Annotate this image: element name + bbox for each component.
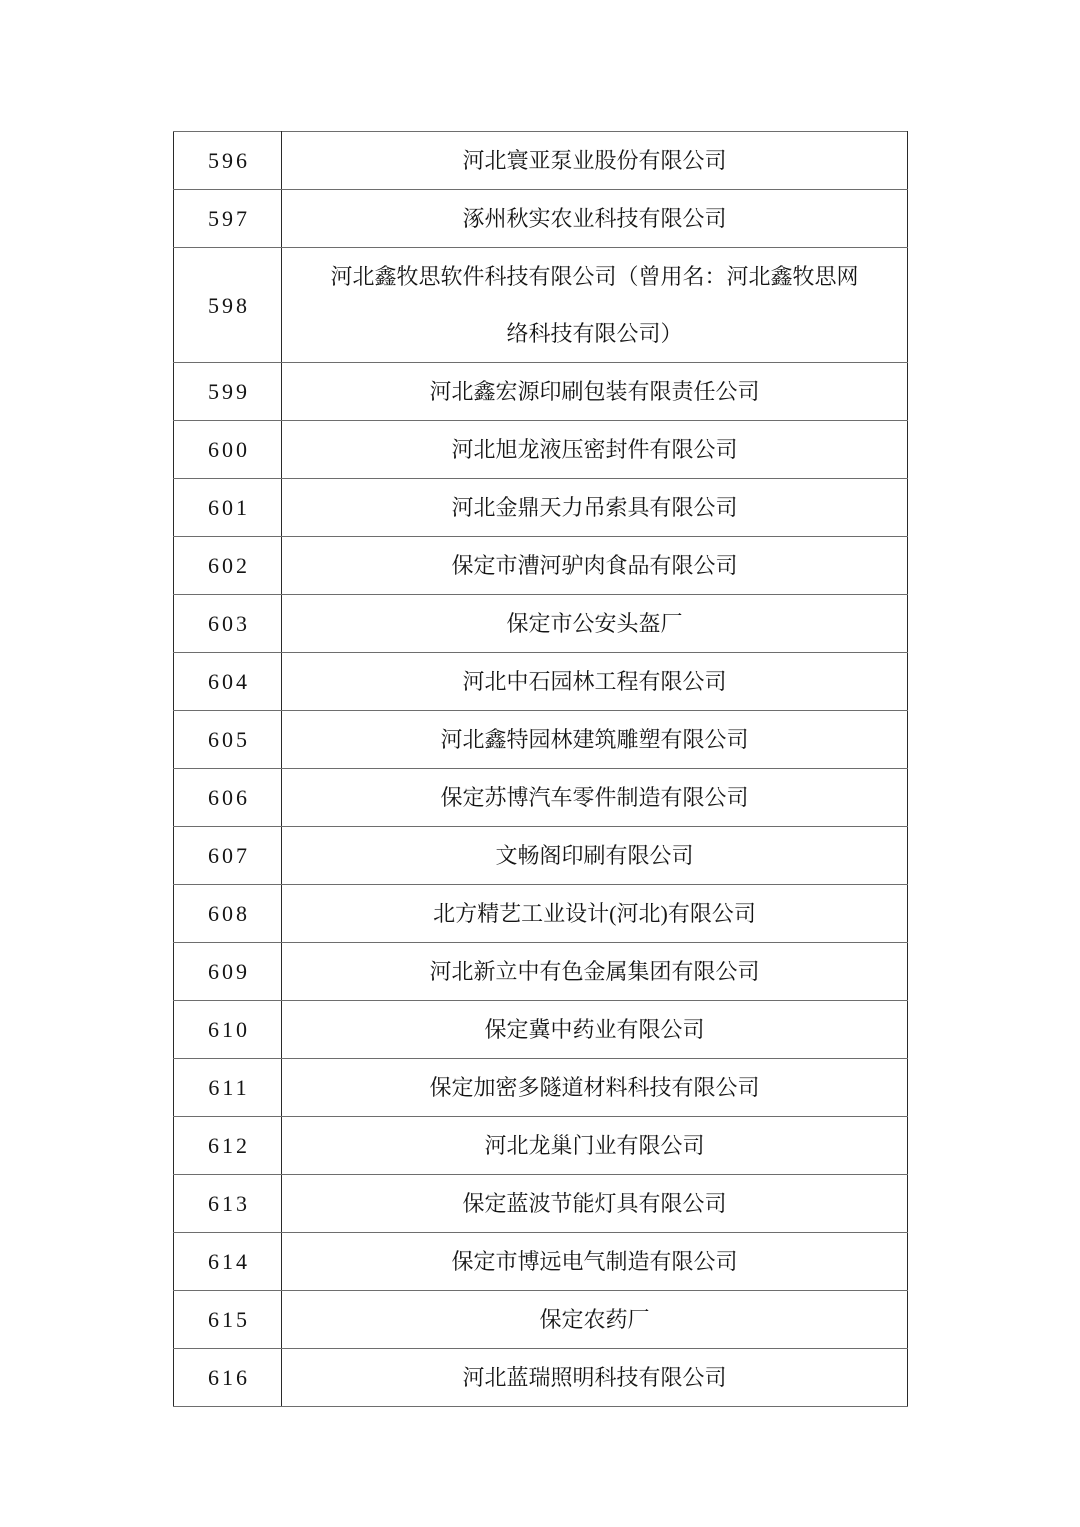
company-name-cell: 保定加密多隧道材料科技有限公司	[282, 1059, 908, 1117]
table-row: 607 文畅阁印刷有限公司	[174, 827, 908, 885]
table-row: 604 河北中石园林工程有限公司	[174, 653, 908, 711]
row-number-cell: 597	[174, 190, 282, 248]
table-row: 611 保定加密多隧道材料科技有限公司	[174, 1059, 908, 1117]
table-row: 603 保定市公安头盔厂	[174, 595, 908, 653]
company-name-cell: 河北龙巢门业有限公司	[282, 1117, 908, 1175]
row-number-cell: 603	[174, 595, 282, 653]
row-number-cell: 604	[174, 653, 282, 711]
table-row: 606 保定苏博汽车零件制造有限公司	[174, 769, 908, 827]
row-number-cell: 596	[174, 132, 282, 190]
company-table-body: 596 河北寰亚泵业股份有限公司 597 涿州秋实农业科技有限公司 598 河北…	[174, 132, 908, 1407]
company-name-cell: 河北金鼎天力吊索具有限公司	[282, 479, 908, 537]
document-page: 596 河北寰亚泵业股份有限公司 597 涿州秋实农业科技有限公司 598 河北…	[0, 0, 1080, 1527]
company-name-cell: 保定市漕河驴肉食品有限公司	[282, 537, 908, 595]
table-row: 614 保定市博远电气制造有限公司	[174, 1233, 908, 1291]
company-name-cell: 河北旭龙液压密封件有限公司	[282, 421, 908, 479]
table-row: 598 河北鑫牧思软件科技有限公司（曾用名：河北鑫牧思网 络科技有限公司）	[174, 248, 908, 363]
company-name-cell: 河北鑫牧思软件科技有限公司（曾用名：河北鑫牧思网 络科技有限公司）	[282, 248, 908, 363]
row-number-cell: 609	[174, 943, 282, 1001]
table-row: 610 保定冀中药业有限公司	[174, 1001, 908, 1059]
company-name-cell: 涿州秋实农业科技有限公司	[282, 190, 908, 248]
table-row: 615 保定农药厂	[174, 1291, 908, 1349]
row-number-cell: 616	[174, 1349, 282, 1407]
row-number-cell: 600	[174, 421, 282, 479]
row-number-cell: 607	[174, 827, 282, 885]
table-row: 612 河北龙巢门业有限公司	[174, 1117, 908, 1175]
table-row: 600 河北旭龙液压密封件有限公司	[174, 421, 908, 479]
row-number-cell: 610	[174, 1001, 282, 1059]
row-number-cell: 602	[174, 537, 282, 595]
company-name-cell: 保定市博远电气制造有限公司	[282, 1233, 908, 1291]
table-row: 599 河北鑫宏源印刷包装有限责任公司	[174, 363, 908, 421]
table-row: 601 河北金鼎天力吊索具有限公司	[174, 479, 908, 537]
table-row: 613 保定蓝波节能灯具有限公司	[174, 1175, 908, 1233]
company-name-cell: 保定市公安头盔厂	[282, 595, 908, 653]
company-name-cell: 北方精艺工业设计(河北)有限公司	[282, 885, 908, 943]
table-row: 597 涿州秋实农业科技有限公司	[174, 190, 908, 248]
row-number-cell: 601	[174, 479, 282, 537]
company-name-cell: 保定农药厂	[282, 1291, 908, 1349]
table-row: 596 河北寰亚泵业股份有限公司	[174, 132, 908, 190]
company-name-cell: 保定蓝波节能灯具有限公司	[282, 1175, 908, 1233]
company-name-cell: 河北鑫特园林建筑雕塑有限公司	[282, 711, 908, 769]
company-name-cell: 保定苏博汽车零件制造有限公司	[282, 769, 908, 827]
company-name-cell: 河北中石园林工程有限公司	[282, 653, 908, 711]
table-row: 605 河北鑫特园林建筑雕塑有限公司	[174, 711, 908, 769]
company-name-cell: 河北寰亚泵业股份有限公司	[282, 132, 908, 190]
company-name-cell: 保定冀中药业有限公司	[282, 1001, 908, 1059]
table-row: 609 河北新立中有色金属集团有限公司	[174, 943, 908, 1001]
table-row: 616 河北蓝瑞照明科技有限公司	[174, 1349, 908, 1407]
company-name-cell: 文畅阁印刷有限公司	[282, 827, 908, 885]
row-number-cell: 598	[174, 248, 282, 363]
row-number-cell: 605	[174, 711, 282, 769]
company-list-table: 596 河北寰亚泵业股份有限公司 597 涿州秋实农业科技有限公司 598 河北…	[173, 131, 908, 1407]
table-row: 602 保定市漕河驴肉食品有限公司	[174, 537, 908, 595]
row-number-cell: 608	[174, 885, 282, 943]
company-name-cell: 河北蓝瑞照明科技有限公司	[282, 1349, 908, 1407]
row-number-cell: 612	[174, 1117, 282, 1175]
table-row: 608 北方精艺工业设计(河北)有限公司	[174, 885, 908, 943]
row-number-cell: 613	[174, 1175, 282, 1233]
row-number-cell: 606	[174, 769, 282, 827]
row-number-cell: 615	[174, 1291, 282, 1349]
row-number-cell: 611	[174, 1059, 282, 1117]
row-number-cell: 599	[174, 363, 282, 421]
company-name-cell: 河北鑫宏源印刷包装有限责任公司	[282, 363, 908, 421]
row-number-cell: 614	[174, 1233, 282, 1291]
company-name-cell: 河北新立中有色金属集团有限公司	[282, 943, 908, 1001]
